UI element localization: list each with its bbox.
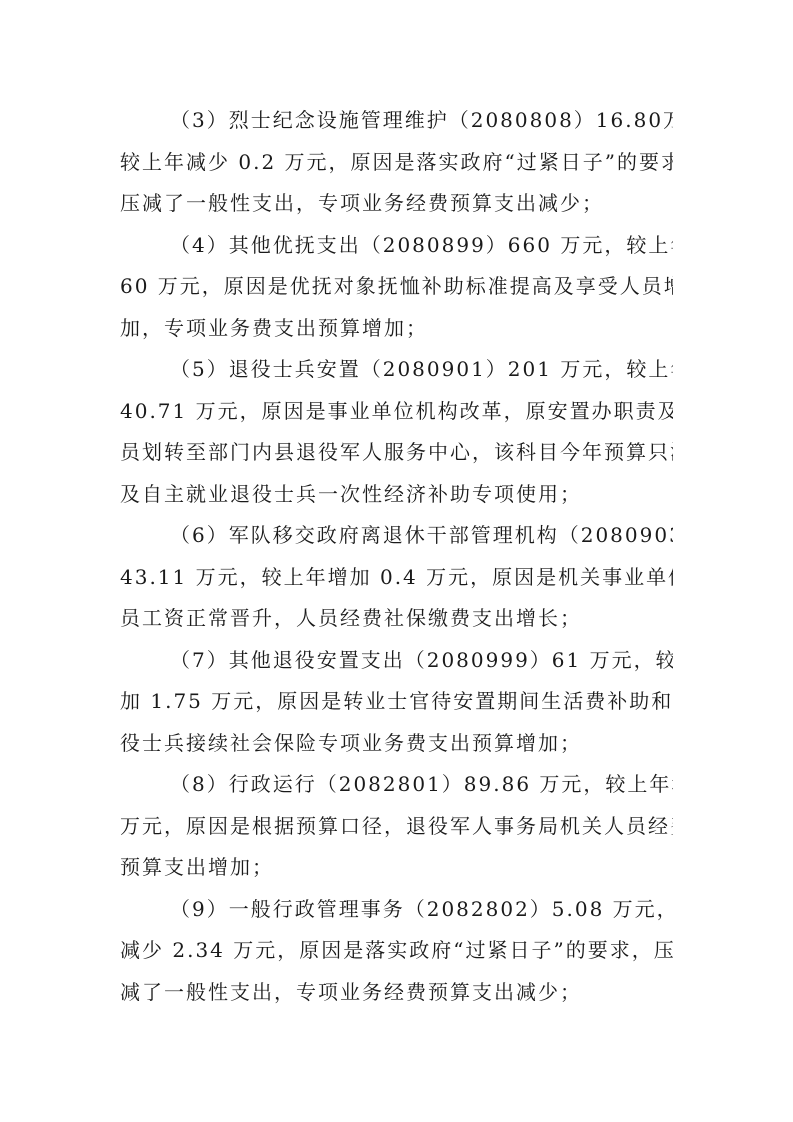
- paragraph-line: 60 万元，原因是优抚对象抚恤补助标准提高及享受人员增: [120, 266, 673, 308]
- paragraph-line: （4）其他优抚支出（2080899）660 万元，较上年增加: [120, 225, 673, 267]
- paragraph-line: 及自主就业退役士兵一次性经济补助专项使用；: [120, 474, 673, 516]
- paragraph-line: 减少 2.34 万元，原因是落实政府“过紧日子”的要求，压: [120, 930, 673, 972]
- paragraph-item-4: （4）其他优抚支出（2080899）660 万元，较上年增加 60 万元，原因是…: [120, 225, 673, 350]
- paragraph-line: （3）烈士纪念设施管理维护（2080808）16.80万元，: [120, 100, 673, 142]
- paragraph-line: 员工资正常晋升，人员经费社保缴费支出增长；: [120, 598, 673, 640]
- paragraph-line: 加，专项业务费支出预算增加；: [120, 308, 673, 350]
- paragraph-line: 加 1.75 万元，原因是转业士官待安置期间生活费补助和退: [120, 681, 673, 723]
- paragraph-line: （6）军队移交政府离退休干部管理机构（2080903）: [120, 515, 673, 557]
- paragraph-line: 压减了一般性支出，专项业务经费预算支出减少；: [120, 183, 673, 225]
- paragraph-line: 较上年减少 0.2 万元，原因是落实政府“过紧日子”的要求，: [120, 142, 673, 184]
- paragraph-item-5: （5）退役士兵安置（2080901）201 万元，较上年减少 40.71 万元，…: [120, 349, 673, 515]
- paragraph-line: 员划转至部门内县退役军人服务中心，该科目今年预算只涉: [120, 432, 673, 474]
- paragraph-line: （8）行政运行（2082801）89.86 万元，较上年增加 21.82: [120, 764, 673, 806]
- paragraph-line: 预算支出增加；: [120, 847, 673, 889]
- paragraph-item-8: （8）行政运行（2082801）89.86 万元，较上年增加 21.82 万元，…: [120, 764, 673, 889]
- paragraph-line: 役士兵接续社会保险专项业务费支出预算增加；: [120, 723, 673, 765]
- paragraph-item-3: （3）烈士纪念设施管理维护（2080808）16.80万元， 较上年减少 0.2…: [120, 100, 673, 225]
- paragraph-line: 40.71 万元，原因是事业单位机构改革，原安置办职责及人: [120, 391, 673, 433]
- document-page: （3）烈士纪念设施管理维护（2080808）16.80万元， 较上年减少 0.2…: [120, 100, 673, 1013]
- paragraph-line: 减了一般性支出，专项业务经费预算支出减少；: [120, 972, 673, 1014]
- paragraph-line: 43.11 万元，较上年增加 0.4 万元，原因是机关事业单位人: [120, 557, 673, 599]
- paragraph-line: （9）一般行政管理事务（2082802）5.08 万元，较上年: [120, 889, 673, 931]
- paragraph-line: （5）退役士兵安置（2080901）201 万元，较上年减少: [120, 349, 673, 391]
- paragraph-item-6: （6）军队移交政府离退休干部管理机构（2080903） 43.11 万元，较上年…: [120, 515, 673, 640]
- paragraph-line: （7）其他退役安置支出（2080999）61 万元，较上年增: [120, 640, 673, 682]
- paragraph-line: 万元，原因是根据预算口径，退役军人事务局机关人员经费: [120, 806, 673, 848]
- paragraph-item-9: （9）一般行政管理事务（2082802）5.08 万元，较上年 减少 2.34 …: [120, 889, 673, 1014]
- paragraph-item-7: （7）其他退役安置支出（2080999）61 万元，较上年增 加 1.75 万元…: [120, 640, 673, 765]
